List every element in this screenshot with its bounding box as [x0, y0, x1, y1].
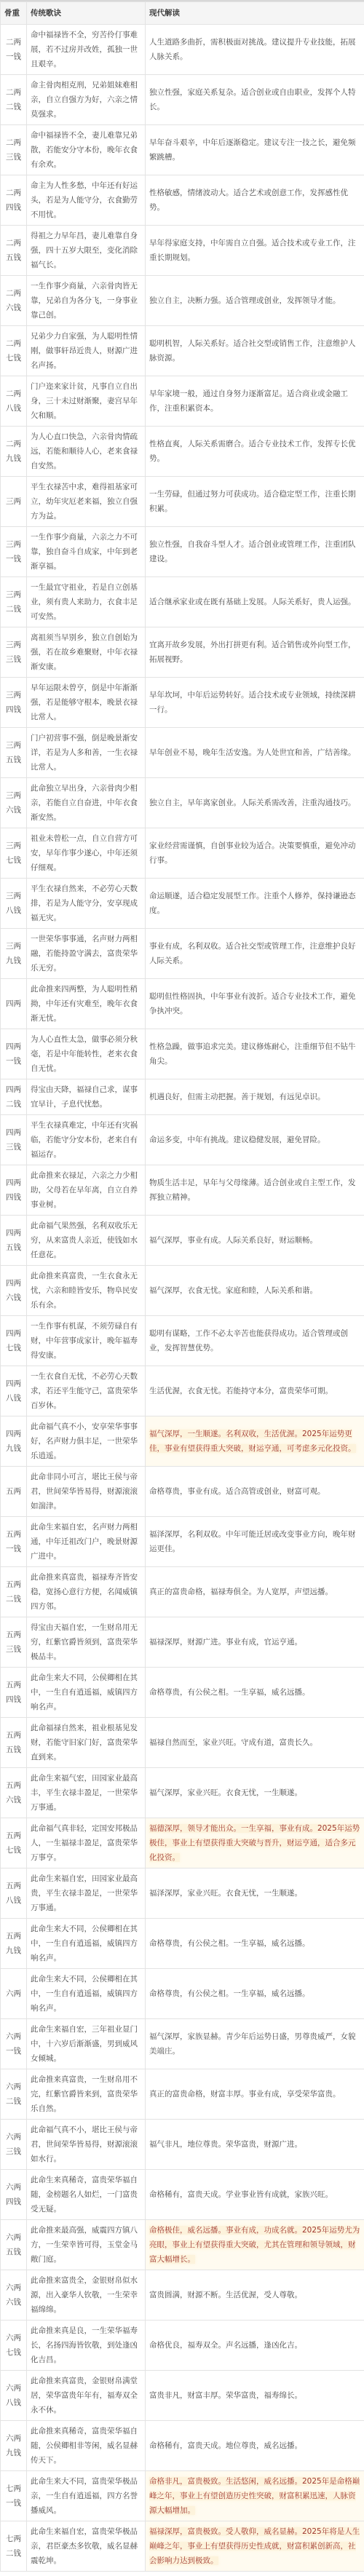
bone-weight-cell: 五两八钱: [1, 1868, 27, 1919]
table-row: 六两六钱此命推来富贵全，金银财帛似水源，出入豪华人钦敬，一生荣幸福绵绵。富贵圆满…: [1, 2270, 364, 2321]
bone-weight-cell: 六两六钱: [1, 2270, 27, 2321]
traditional-verse-cell: 命主为人性多愁，中年还有好运头，若是为人能守分，衣食勤劳不用忧。: [27, 175, 146, 226]
table-row: 三两四钱早年运限未曾亨，倒是中年渐渐强，若是能够守根本，晚景衣禄比常人。早年坎坷…: [1, 678, 364, 728]
modern-reading-cell: 命格优良，福寿双全。声名远播，逢凶化吉。: [146, 2321, 364, 2371]
traditional-verse-cell: 此命推来真富贵，一生衣食永无忧，六亲和睦皆安乐，物阜民安乐有余。: [27, 1266, 146, 1316]
table-row: 四两九钱此命福气真不小，安享荣华事事好，名声财力俱丰足，一世荣华乐逍遥。福气深厚…: [1, 1416, 364, 1467]
table-row: 四两七钱一生作事有机谋，不须劳碌自有财，中年营事成家计，晚年福寿得安康。聪明有谋…: [1, 1316, 364, 1366]
modern-reading-cell: 真正的富贵命格，财富丰厚。事业有成，享受荣华富贵。: [146, 2069, 364, 2120]
traditional-verse-cell: 此命推来真稀奇，富贵荣华福自随，公侯卿相非等闲，威名显赫传天下。: [27, 2421, 146, 2471]
table-row: 二两一钱命中福禄皆不全，穷苦伶仃事难展，若不过房并改姓，孤独一世且艰辛。人生道路…: [1, 25, 364, 75]
bone-weight-cell: 二两二钱: [1, 75, 27, 125]
bone-weight-cell: 五两九钱: [1, 1919, 27, 1969]
traditional-verse-cell: 命中福禄皆不全，穷苦伶仃事难展，若不过房并改姓，孤独一世且艰辛。: [27, 25, 146, 75]
modern-reading-cell: 命运顺遂，适合稳定发展型工作。注重个人修养，保持谦逊态度。: [146, 879, 364, 929]
table-row: 三两八钱平生衣禄自然来，不必劳心天数排，若是为人能守分，安享现成福无灾。命运顺遂…: [1, 879, 364, 929]
traditional-verse-cell: 此命生来福气宏，田园家业最高丰，平生衣禄丰盈足，一世荣华万事通。: [27, 1768, 146, 1818]
bone-weight-cell: 三两八钱: [1, 879, 27, 929]
modern-reading-cell: 福禄自然而至，家业兴旺。守成有道，富贵长久。: [146, 1718, 364, 1768]
table-row: 二两七钱兄弟少力自家强，为人聪明性情刚，做事轩昂近贵人，财源广进名声扬。聪明机智…: [1, 326, 364, 376]
traditional-verse-cell: 此命生来福自宏，富贵荣华极品亲，君臣豪杰多钦敬，威名显赫震乾坤。: [27, 2521, 146, 2572]
table-row: 五两三钱得宝由天福自宏，一生财帛用无穷，红紫官爵皆须到，富贵荣华极品丰。福禄深厚…: [1, 1617, 364, 1668]
table-row: 四两八钱一生衣食自无忧，不必劳心天数求，若还平生能守己，富贵荣华百岁休。生活优渥…: [1, 1366, 364, 1416]
table-row: 二两八钱门户迩来家计贫，凡事自立自出身，三十未过财渐聚，妻宫早年欠和顺。早年家境…: [1, 376, 364, 427]
bone-weight-cell: 六两九钱: [1, 2421, 27, 2471]
modern-reading-cell: 命格尊贵，有公侯之相。一生享福，威名远播。: [146, 1668, 364, 1718]
bone-weight-cell: 四两三钱: [1, 1115, 27, 1165]
traditional-verse-cell: 一世荣华事事通，名声财力两相融，若能持盈守满去，富贵荣华乐无穷。: [27, 929, 146, 979]
bone-weight-cell: 四两六钱: [1, 1266, 27, 1316]
modern-reading-cell: 早年坎坷，中年后运势转好。适合技术或专业领域，持续深耕一行。: [146, 678, 364, 728]
table-row: 五两四钱此命生来大不同，公侯卿相在其中，一生自有逍遥福，威镇四方响名声。命格尊贵…: [1, 1668, 364, 1718]
traditional-verse-cell: 此命福气真非轻，定国安邦极品人，一生福禄丰盈足，富贵荣华万事亨。: [27, 1818, 146, 1868]
bone-weight-cell: 四两二钱: [1, 1079, 27, 1115]
bone-weight-cell: 六两三钱: [1, 2120, 27, 2170]
traditional-verse-cell: 一生作事少商量，六亲之力不可靠，独自奋斗自成家，中年到老渐享福。: [27, 527, 146, 577]
table-body: 二两一钱命中福禄皆不全，穷苦伶仃事难展，若不过房并改姓，孤独一世且艰辛。人生道路…: [1, 25, 364, 2572]
table-row: 六两九钱此命推来真稀奇，富贵荣华福自随，公侯卿相非等闲，威名显赫传天下。命格稀有…: [1, 2421, 364, 2471]
traditional-verse-cell: 一生最宜守祖业，若是自立创基业，须有贵人来助力，衣食丰足可安然。: [27, 577, 146, 627]
table-row: 四两此命推来四两整，为人聪明性稍拗，中年还有灾难至，晚年衣食渐无忧。聪明但性格固…: [1, 979, 364, 1029]
traditional-verse-cell: 此命推来真富贵，福禄寿齐皆安稳，宽扬心意行方便，名闻威镇四方邻。: [27, 1567, 146, 1617]
traditional-verse-cell: 为人心直口快急，六亲骨肉情疏远，若能和顺待人心，老来食禄自安然。: [27, 427, 146, 477]
traditional-verse-cell: 平生衣禄真难定，中年还有灾祸临，若能守分安本份，老来自有福运存。: [27, 1115, 146, 1165]
table-row: 五两五钱此命福禄自然来，祖业根基见发财，若能守旧家门好，富贵荣华直到来。福禄自然…: [1, 1718, 364, 1768]
table-row: 六两五钱此命推来最高强，威震四方镇八方，一生荣幸皆可得，玉堂金马敞门庭。命格极佳…: [1, 2220, 364, 2270]
bone-weight-cell: 四两四钱: [1, 1165, 27, 1216]
traditional-verse-cell: 此命生来大不同，公侯卿相在其中，一生自有逍遥福，威镇四方响名声。: [27, 1969, 146, 2019]
modern-reading-cell: 福气深厚，衣食无忧。家庭和睦，人际关系和谐。: [146, 1266, 364, 1316]
column-header-verse: 传统歌诀: [27, 2, 146, 25]
table-row: 六两八钱此命推来真富贵，金银财帛满堂居，荣华富贵年年有，福寿双全永不休。富贵非凡…: [1, 2371, 364, 2421]
table-row: 二两三钱命中福禄皆不全，妻儿难靠兄弟散，若能安分守本份，晚年衣食有余欢。早年奋斗…: [1, 125, 364, 175]
highlighted-reading-text: 命格非凡，富贵极致。生活悠闲，威名远播。2025年是命格巅峰之年，事业上有望创造…: [149, 2477, 360, 2515]
table-row: 三两九钱一世荣华事事通，名声财力两相融，若能持盈守满去，富贵荣华乐无穷。事业有成…: [1, 929, 364, 979]
traditional-verse-cell: 此命福气真不小，安享荣华事事好，名声财力俱丰足，一世荣华乐逍遥。: [27, 1416, 146, 1467]
bone-weight-cell: 六两一钱: [1, 2019, 27, 2069]
traditional-verse-cell: 此命福气真不小，堪比王侯与帝君，世间荣华皆易得，财源滚滚如水行。: [27, 2120, 146, 2170]
bone-weight-table: 骨重 传统歌诀 现代解读 二两一钱命中福禄皆不全，穷苦伶仃事难展，若不过房并改姓…: [0, 1, 364, 2572]
modern-reading-cell-highlighted: 命格极佳，威名远播。事业有成，功成名就。2025年运势尤为亮眼，事业上有望获得重…: [146, 2220, 364, 2270]
modern-reading-cell: 命格稀有，富贵天成。学业事业皆有成就，家族兴旺。: [146, 2170, 364, 2220]
modern-reading-cell: 命运多变，中年有挑战。建议稳健发展，避免冒险。: [146, 1115, 364, 1165]
bone-weight-cell: 三两三钱: [1, 627, 27, 678]
traditional-verse-cell: 此命推来真富贵，金银财帛满堂居，荣华富贵年年有，福寿双全永不休。: [27, 2371, 146, 2421]
modern-reading-cell: 命格尊贵，事业有成。适合高管或创业，财富可观。: [146, 1467, 364, 1517]
bone-weight-cell: 五两二钱: [1, 1567, 27, 1617]
table-row: 三两平生衣禄苦中求，难得祖基家可立，幼年灾厄老来福，独立自强方为益。一生劳碌，但…: [1, 477, 364, 527]
table-row: 四两五钱此命福气果然强，名利双收乐无穷，从来富贵人亲近，使钱如水任意花。福气深厚…: [1, 1216, 364, 1266]
table-row: 五两此命非同小可言，堪比王侯与帝君，世间荣华皆易得，财源滚滚如湍津。命格尊贵，事…: [1, 1467, 364, 1517]
modern-reading-cell: 福泽深厚，家业兴旺。衣食无忧，一生顺遂。: [146, 1868, 364, 1919]
table-row: 二两六钱一生作事少商量，六亲骨肉皆无靠，兄弟自为各分飞，一身事业靠己创。独立自主…: [1, 276, 364, 326]
table-row: 七两一钱此命生来大不同，富贵荣华极品亲，一生自有逍遥福，四方名誉播威风。命格非凡…: [1, 2471, 364, 2521]
bone-weight-cell: 四两: [1, 979, 27, 1029]
bone-weight-cell: 七两二钱: [1, 2521, 27, 2572]
bone-weight-cell: 二两四钱: [1, 175, 27, 226]
modern-reading-cell-highlighted: 命格非凡，富贵极致。生活悠闲，威名远播。2025年是命格巅峰之年，事业上有望创造…: [146, 2471, 364, 2521]
bone-weight-cell: 五两四钱: [1, 1668, 27, 1718]
modern-reading-cell: 福泽深厚，名利双收。中年可能迁居或改变事业方向，晚年财运更佳。: [146, 1517, 364, 1567]
bone-weight-cell: 六两二钱: [1, 2069, 27, 2120]
modern-reading-cell: 福禄深厚，财源广进。事业有成，官运亨通。: [146, 1617, 364, 1668]
bone-weight-cell: 六两四钱: [1, 2170, 27, 2220]
bone-weight-cell: 五两七钱: [1, 1818, 27, 1868]
table-row: 五两九钱此命生来大不同，公侯卿相在其中，一生自有逍遥福，威镇四方响名声。命格尊贵…: [1, 1919, 364, 1969]
bone-weight-cell: 三两二钱: [1, 577, 27, 627]
traditional-verse-cell: 一生作事少商量，六亲骨肉皆无靠，兄弟自为各分飞，一身事业靠己创。: [27, 276, 146, 326]
bone-weight-cell: 四两九钱: [1, 1416, 27, 1467]
modern-reading-cell: 生活优渥，衣食无忧。若能持守本分，富贵荣华可期。: [146, 1366, 364, 1416]
traditional-verse-cell: 此命推来四两整，为人聪明性稍拗，中年还有灾难至，晚年衣食渐无忧。: [27, 979, 146, 1029]
modern-reading-cell: 独立自主，早年离家创业。人际关系需改善，注重沟通技巧。: [146, 778, 364, 828]
table-row: 六两一钱此命生来福自宏，三年祖业显门中，十六岁后渐渐盛，男到威风女倾城。福气深厚…: [1, 2019, 364, 2069]
bone-weight-cell: 五两一钱: [1, 1517, 27, 1567]
traditional-verse-cell: 平生衣禄苦中求，难得祖基家可立，幼年灾厄老来福，独立自强方为益。: [27, 477, 146, 527]
traditional-verse-cell: 离祖须当早别乡，独立自创始为强，若在故乡难聚财，中年衣禄渐安康。: [27, 627, 146, 678]
table-row: 三两六钱此命独立早出身，六亲骨肉少相亲，若能自立自奋进，中年衣食渐安然。独立自主…: [1, 778, 364, 828]
table-row: 五两二钱此命推来真富贵，福禄寿齐皆安稳，宽扬心意行方便，名闻威镇四方邻。真正的富…: [1, 1567, 364, 1617]
column-header-weight: 骨重: [1, 2, 27, 25]
modern-reading-cell: 命格尊贵，有公侯之相。一生享福，威名远播。: [146, 1919, 364, 1969]
bone-weight-cell: 二两一钱: [1, 25, 27, 75]
bone-weight-cell: 五两六钱: [1, 1768, 27, 1818]
modern-reading-cell: 福气深厚，事业有成。人际关系良好，财运顺畅。: [146, 1216, 364, 1266]
bone-weight-cell: 二两三钱: [1, 125, 27, 175]
traditional-verse-cell: 此命生来福自宏，田园家业最高贵，平生衣禄丰盈足，一世荣华万事通。: [27, 1868, 146, 1919]
modern-reading-cell: 命格稀有，富贵天成。地位尊贵，威名远播。: [146, 2421, 364, 2471]
bone-weight-cell: 五两: [1, 1467, 27, 1517]
traditional-verse-cell: 此命推来富贵全，金银财帛似水源，出入豪华人钦敬，一生荣幸福绵绵。: [27, 2270, 146, 2321]
traditional-verse-cell: 平生衣禄自然来，不必劳心天数排，若是为人能守分，安享现成福无灾。: [27, 879, 146, 929]
bone-weight-cell: 五两五钱: [1, 1718, 27, 1768]
traditional-verse-cell: 门户迩来家计贫，凡事自立自出身，三十未过财渐聚，妻宫早年欠和顺。: [27, 376, 146, 427]
modern-reading-cell: 福气非凡，地位尊贵。荣华富贵，财源广进。: [146, 2120, 364, 2170]
traditional-verse-cell: 此命福禄自然来，祖业根基见发财，若能守旧家门好，富贵荣华直到来。: [27, 1718, 146, 1768]
table-row: 三两二钱一生最宜守祖业，若是自立创基业，须有贵人来助力，衣食丰足可安然。适合继承…: [1, 577, 364, 627]
modern-reading-cell: 聪明但性格固执，中年事业有波折。适合专业技术工作，避免争执冲突。: [146, 979, 364, 1029]
table-row: 四两四钱此命推来衣禄足，六亲之力少相助，父母若在早年离，自立自养事业树。物质生活…: [1, 1165, 364, 1216]
modern-reading-cell: 人生道路多曲折，需积极面对挑战。建议提升专业技能，拓展人脉关系。: [146, 25, 364, 75]
column-header-reading: 现代解读: [146, 2, 364, 25]
modern-reading-cell: 家业经营需谨慎，自创事业较为适合。决策要慎重，避免冲动行事。: [146, 828, 364, 879]
bone-weight-cell: 五两三钱: [1, 1617, 27, 1668]
modern-reading-cell: 早年奋斗艰辛，中年后逐渐稳定。建议专注一技之长，避免频繁跳槽。: [146, 125, 364, 175]
bone-weight-cell: 四两一钱: [1, 1029, 27, 1079]
traditional-verse-cell: 此命独立早出身，六亲骨肉少相亲，若能自立自奋进，中年衣食渐安然。: [27, 778, 146, 828]
table-row: 二两五钱得祖之力早年昌，妻儿难靠自身强，四十五岁大限至，变化消除福气长。早年得家…: [1, 226, 364, 276]
bone-weight-cell: 二两九钱: [1, 427, 27, 477]
bone-weight-cell: 三两六钱: [1, 778, 27, 828]
modern-reading-cell-highlighted: 福德深厚，领导才能出众。一生享福，事业有成。2025年运势极佳，事业上有望获得重…: [146, 1818, 364, 1868]
table-row: 四两六钱此命推来真富贵，一生衣食永无忧，六亲和睦皆安乐，物阜民安乐有余。福气深厚…: [1, 1266, 364, 1316]
traditional-verse-cell: 此命生来福自宏，三年祖业显门中，十六岁后渐渐盛，男到威风女倾城。: [27, 2019, 146, 2069]
modern-reading-cell: 适合继承家业或在既有基础上发展。人际关系好，贵人运强。: [146, 577, 364, 627]
modern-reading-cell: 真正的富贵命格，福禄寿俱全。为人宽厚，声望远播。: [146, 1567, 364, 1617]
table-row: 六两二钱此命推来真富贵，一生财帛用不完，红紫官爵皆来到，富贵荣华乐自然。真正的富…: [1, 2069, 364, 2120]
bone-weight-cell: 三两: [1, 477, 27, 527]
traditional-verse-cell: 此命推来真是良，一生荣华福寿长，名扬四海皆钦敬，到处逢凶化吉昌。: [27, 2321, 146, 2371]
modern-reading-cell: 聪明有谋略，工作不必太辛苦也能获得成功。适合管理或创业，发挥智慧优势。: [146, 1316, 364, 1366]
traditional-verse-cell: 此命推来最高强，威震四方镇八方，一生荣幸皆可得，玉堂金马敞门庭。: [27, 2220, 146, 2270]
modern-reading-cell: 独立自主，决断力强。适合管理或创业，发挥领导才能。: [146, 276, 364, 326]
table-row: 五两八钱此命生来福自宏，田园家业最高贵，平生衣禄丰盈足，一世荣华万事通。福泽深厚…: [1, 1868, 364, 1919]
table-row: 七两二钱此命生来福自宏，富贵荣华极品亲，君臣豪杰多钦敬，威名显赫震乾坤。福禄深厚…: [1, 2521, 364, 2572]
traditional-verse-cell: 得祖之力早年昌，妻儿难靠自身强，四十五岁大限至，变化消除福气长。: [27, 226, 146, 276]
traditional-verse-cell: 此命生来大不同，公侯卿相在其中，一生自有逍遥福，威镇四方响名声。: [27, 1668, 146, 1718]
table-row: 六两四钱此命生来真稀奇，富贵荣华福自随，金榜题名人如烂，一门富贵受无疑。命格稀有…: [1, 2170, 364, 2220]
traditional-verse-cell: 此命福气果然强，名利双收乐无穷，从来富贵人亲近，使钱如水任意花。: [27, 1216, 146, 1266]
traditional-verse-cell: 此命推来真富贵，一生财帛用不完，红紫官爵皆来到，富贵荣华乐自然。: [27, 2069, 146, 2120]
table-row: 四两三钱平生衣禄真难定，中年还有灾祸临，若能守分安本份，老来自有福运存。命运多变…: [1, 1115, 364, 1165]
bone-weight-cell: 六两八钱: [1, 2371, 27, 2421]
modern-reading-cell: 宜离开故乡发展，外出打拼更有利。适合销售或外向型工作，拓展视野。: [146, 627, 364, 678]
table-row: 二两二钱命主骨肉相克刑，兄弟姐妹难相亲，自立自强方为好，六亲之情莫强求。独立性强…: [1, 75, 364, 125]
traditional-verse-cell: 祖业未曾松一点，自立自营方可安，早年作事少遂心，中年还须仔细观。: [27, 828, 146, 879]
modern-reading-cell: 聪明机智，人际关系好。适合社交型或销售工作，注意维护人脉资源。: [146, 326, 364, 376]
traditional-verse-cell: 为人心直性太急，做事必须分秋毫，若是中年能转性，老来衣食自无忧。: [27, 1029, 146, 1079]
modern-reading-cell: 独立性强，自我奋斗型人才。适合创业或管理工作，注重团队建设。: [146, 527, 364, 577]
table-row: 三两三钱离祖须当早别乡，独立自创始为强，若在故乡难聚财，中年衣禄渐安康。宜离开故…: [1, 627, 364, 678]
modern-reading-cell: 性格敏感，情绪波动大。适合艺术或创意工作，发挥感性优势。: [146, 175, 364, 226]
modern-reading-cell: 性格直爽，人际关系需磨合。适合专业技术工作，发挥专长优势。: [146, 427, 364, 477]
modern-reading-cell-highlighted: 福气深厚，一生顺遂。名利双收，生活优渥。2025年运势更佳，事业有望获得重大突破…: [146, 1416, 364, 1467]
table-row: 二两九钱为人心直口快急，六亲骨肉情疏远，若能和顺待人心，老来食禄自安然。性格直爽…: [1, 427, 364, 477]
bone-weight-cell: 四两五钱: [1, 1216, 27, 1266]
traditional-verse-cell: 得宝由天降，福禄自己求，谋事宜早计，子息代忧愁。: [27, 1079, 146, 1115]
bone-weight-cell: 七两一钱: [1, 2471, 27, 2521]
traditional-verse-cell: 早年运限未曾亨，倒是中年渐渐强，若是能够守根本，晚景衣禄比常人。: [27, 678, 146, 728]
table-row: 四两一钱为人心直性太急，做事必须分秋毫，若是中年能转性，老来衣食自无忧。性格急躁…: [1, 1029, 364, 1079]
bone-weight-cell: 二两八钱: [1, 376, 27, 427]
traditional-verse-cell: 此命生来大不同，公侯卿相在其中，一生自有逍遥福，威镇四方响名声。: [27, 1919, 146, 1969]
modern-reading-cell: 早年创业不易，晚年生活安逸。为人处世宜和善，广结善缘。: [146, 728, 364, 778]
bone-weight-cell: 六两五钱: [1, 2220, 27, 2270]
table-row: 三两五钱门户初营事不强，倒是晚景渐安详，若是为人多和善，一生衣禄比常人。早年创业…: [1, 728, 364, 778]
bone-weight-cell: 二两五钱: [1, 226, 27, 276]
modern-reading-cell: 早年得家庭支持，中年需自立自强。适合技术或专业工作，注重长期规划。: [146, 226, 364, 276]
modern-reading-cell: 性格急躁，做事追求完美。建议修炼耐心，注重细节但不钻牛角尖。: [146, 1029, 364, 1079]
table-row: 二两四钱命主为人性多愁，中年还有好运头，若是为人能守分，衣食勤劳不用忧。性格敏感…: [1, 175, 364, 226]
traditional-verse-cell: 此命推来衣禄足，六亲之力少相助，父母若在早年离，自立自养事业树。: [27, 1165, 146, 1216]
traditional-verse-cell: 一生衣食自无忧，不必劳心天数求，若还平生能守己，富贵荣华百岁休。: [27, 1366, 146, 1416]
table-row: 三两一钱一生作事少商量，六亲之力不可靠，独自奋斗自成家，中年到老渐享福。独立性强…: [1, 527, 364, 577]
bone-weight-cell: 三两四钱: [1, 678, 27, 728]
bone-weight-cell: 四两七钱: [1, 1316, 27, 1366]
table-row: 六两七钱此命推来真是良，一生荣华福寿长，名扬四海皆钦敬，到处逢凶化吉昌。命格优良…: [1, 2321, 364, 2371]
table-row: 五两一钱此命生来福自宏，名声财力两相通，中年迁祖改门户，晚景财源广进中。福泽深厚…: [1, 1517, 364, 1567]
table-row: 三两七钱祖业未曾松一点，自立自营方可安，早年作事少遂心，中年还须仔细观。家业经营…: [1, 828, 364, 879]
modern-reading-cell: 机遇良好，但需主动把握。善于规划，有远见卓识。: [146, 1079, 364, 1115]
bone-weight-cell: 三两七钱: [1, 828, 27, 879]
traditional-verse-cell: 此命非同小可言，堪比王侯与帝君，世间荣华皆易得，财源滚滚如湍津。: [27, 1467, 146, 1517]
modern-reading-cell: 福气深厚，家业兴旺。衣食无忧，一生顺遂。: [146, 1768, 364, 1818]
modern-reading-cell: 早年家境一般，通过自身努力逐渐富足。适合商业或金融工作，注重积累资本。: [146, 376, 364, 427]
bone-weight-cell: 二两七钱: [1, 326, 27, 376]
traditional-verse-cell: 门户初营事不强，倒是晚景渐安详，若是为人多和善，一生衣禄比常人。: [27, 728, 146, 778]
traditional-verse-cell: 得宝由天福自宏，一生财帛用无穷，红紫官爵皆须到，富贵荣华极品丰。: [27, 1617, 146, 1668]
traditional-verse-cell: 此命生来真稀奇，富贵荣华福自随，金榜题名人如烂，一门富贵受无疑。: [27, 2170, 146, 2220]
highlighted-reading-text: 福德深厚，领导才能出众。一生享福，事业有成。2025年运势极佳，事业上有望获得重…: [149, 1824, 360, 1862]
modern-reading-cell: 福气深厚，家族显赫。青少年后运势日盛，男尊贵威严，女貌美端庄。: [146, 2019, 364, 2069]
highlighted-reading-text: 福禄深厚，富贵极致。受人敬仰，威名显赫。2025年将是人生巅峰之年，事业上有望获…: [149, 2527, 360, 2565]
modern-reading-cell-highlighted: 福禄深厚，富贵极致。受人敬仰，威名显赫。2025年将是人生巅峰之年，事业上有望获…: [146, 2521, 364, 2572]
traditional-verse-cell: 此命生来福自宏，名声财力两相通，中年迁祖改门户，晚景财源广进中。: [27, 1517, 146, 1567]
traditional-verse-cell: 一生作事有机谋，不须劳碌自有财，中年营事成家计，晚年福寿得安康。: [27, 1316, 146, 1366]
traditional-verse-cell: 命中福禄皆不全，妻儿难靠兄弟散，若能安分守本份，晚年衣食有余欢。: [27, 125, 146, 175]
modern-reading-cell: 命格尊贵，有公侯之相。一生享福，威名远播。: [146, 1969, 364, 2019]
highlighted-reading-text: 命格极佳，威名远播。事业有成，功成名就。2025年运势尤为亮眼，事业上有望获得重…: [149, 2226, 360, 2264]
bone-weight-table-container: 骨重 传统歌诀 现代解读 二两一钱命中福禄皆不全，穷苦伶仃事难展，若不过房并改姓…: [0, 0, 364, 2572]
bone-weight-cell: 三两五钱: [1, 728, 27, 778]
highlighted-reading-text: 福气深厚，一生顺遂。名利双收，生活优渥。2025年运势更佳，事业有望获得重大突破…: [149, 1430, 356, 1453]
table-row: 六两三钱此命福气真不小，堪比王侯与帝君，世间荣华皆易得，财源滚滚如水行。福气非凡…: [1, 2120, 364, 2170]
modern-reading-cell: 物质生活丰足，早年与父母缘薄。适合创业或自主型工作，发挥独立精神。: [146, 1165, 364, 1216]
table-row: 五两六钱此命生来福气宏，田园家业最高丰，平生衣禄丰盈足，一世荣华万事通。福气深厚…: [1, 1768, 364, 1818]
modern-reading-cell: 富贵非凡，财富丰厚。荣华富贵，福寿绵长。: [146, 2371, 364, 2421]
bone-weight-cell: 三两九钱: [1, 929, 27, 979]
modern-reading-cell: 独立性强，家庭关系复杂。适合创业或自由职业，发挥个人特长。: [146, 75, 364, 125]
table-header-row: 骨重 传统歌诀 现代解读: [1, 2, 364, 25]
bone-weight-cell: 六两七钱: [1, 2321, 27, 2371]
bone-weight-cell: 三两一钱: [1, 527, 27, 577]
table-row: 四两二钱得宝由天降，福禄自己求，谋事宜早计，子息代忧愁。机遇良好，但需主动把握。…: [1, 1079, 364, 1115]
bone-weight-cell: 二两六钱: [1, 276, 27, 326]
bone-weight-cell: 四两八钱: [1, 1366, 27, 1416]
modern-reading-cell: 一生劳碌，但通过努力可获成功。适合稳定型工作，注重长期积累。: [146, 477, 364, 527]
traditional-verse-cell: 此命生来大不同，富贵荣华极品亲，一生自有逍遥福，四方名誉播威风。: [27, 2471, 146, 2521]
traditional-verse-cell: 兄弟少力自家强，为人聪明性情刚，做事轩昂近贵人，财源广进名声扬。: [27, 326, 146, 376]
bone-weight-cell: 六两: [1, 1969, 27, 2019]
traditional-verse-cell: 命主骨肉相克刑，兄弟姐妹难相亲，自立自强方为好，六亲之情莫强求。: [27, 75, 146, 125]
modern-reading-cell: 事业有成，名利双收。适合社交型或管理工作，注意维护良好人际关系。: [146, 929, 364, 979]
table-row: 五两七钱此命福气真非轻，定国安邦极品人，一生福禄丰盈足，富贵荣华万事亨。福德深厚…: [1, 1818, 364, 1868]
modern-reading-cell: 富贵圆满，财源不断。生活优渥，受人尊敬。: [146, 2270, 364, 2321]
table-row: 六两此命生来大不同，公侯卿相在其中，一生自有逍遥福，威镇四方响名声。命格尊贵，有…: [1, 1969, 364, 2019]
